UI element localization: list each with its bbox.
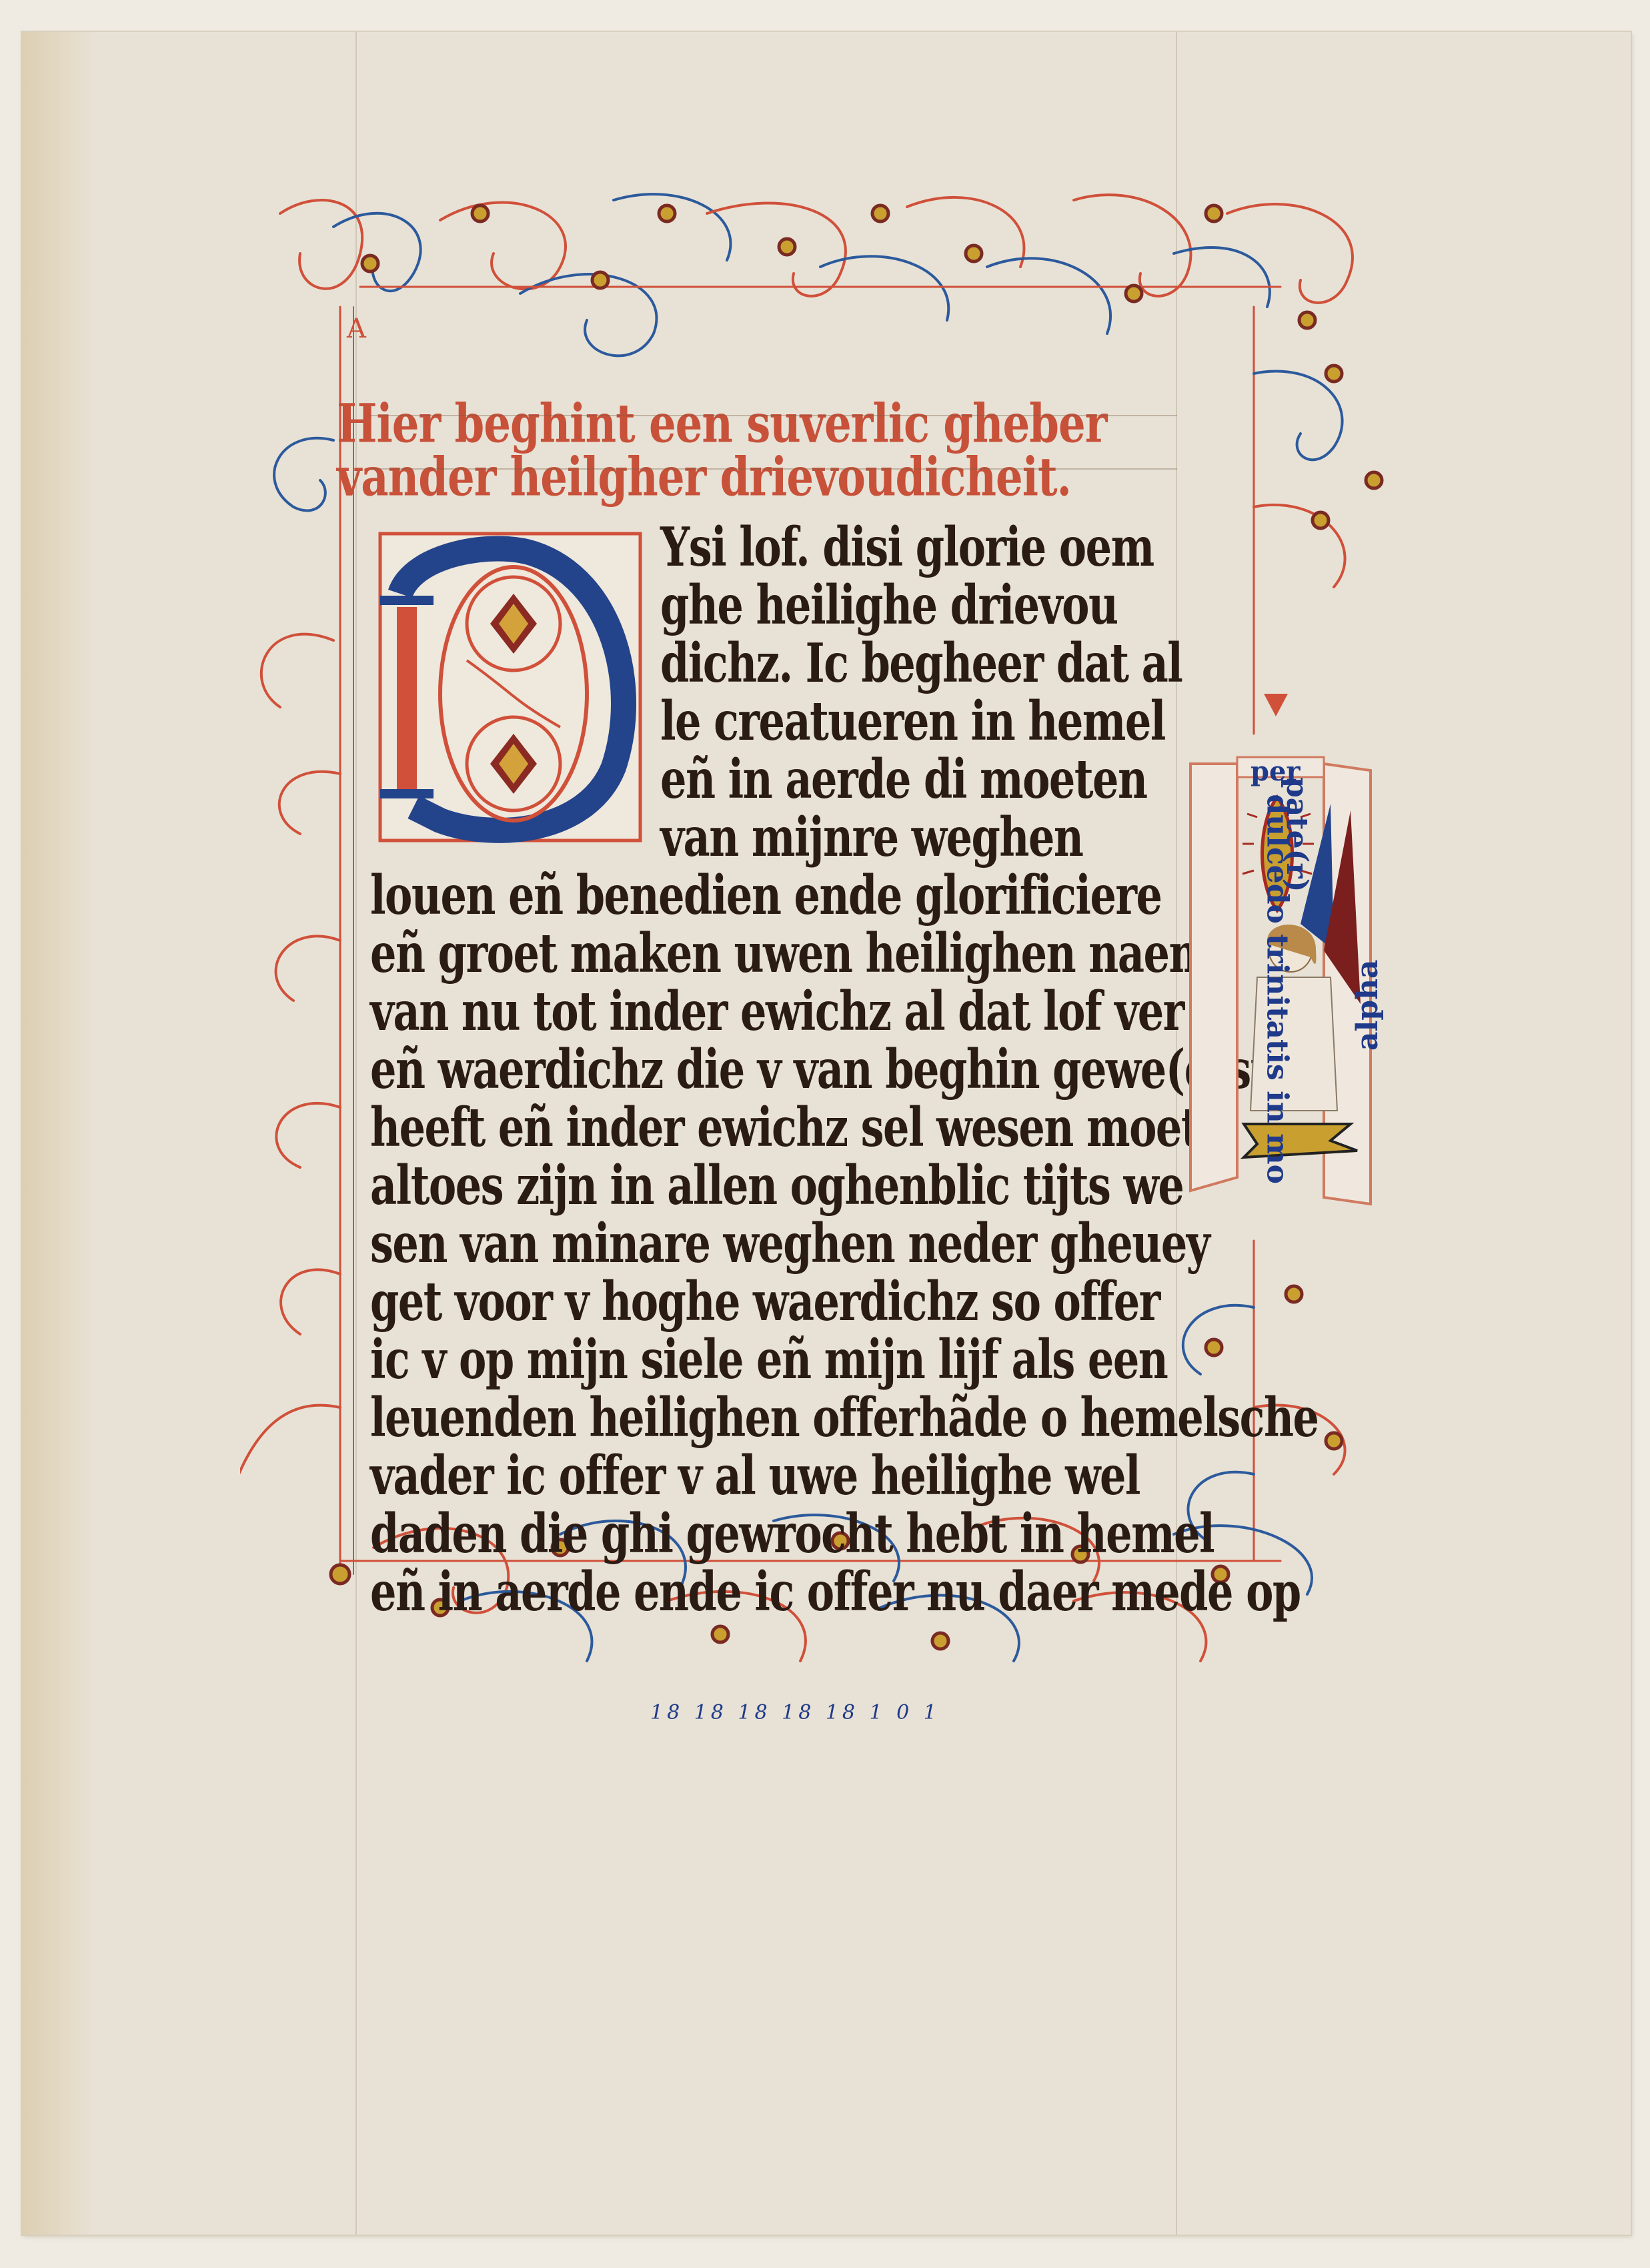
- body-line: eñ groet maken uwen heilighen naem: [370, 923, 1212, 984]
- body-line: daden die ghi gewrocht hebt in hemel: [370, 1504, 1214, 1564]
- body-line: get voor v hoghe waerdichz so offer: [370, 1271, 1160, 1332]
- illuminated-initial-d: [360, 527, 647, 847]
- body-line: leuenden heilighen offerhãde o hemelsche: [370, 1387, 1318, 1448]
- banderole-right-lower-text: alpha: [1351, 960, 1385, 1051]
- body-line: sen van minare weghen neder gheuey: [370, 1213, 1209, 1274]
- body-line: altoes zijn in allen oghenblic tijts we: [370, 1155, 1183, 1216]
- body-line: vader ic offer v al uwe heilighe wel: [370, 1446, 1140, 1506]
- text-ruling: [370, 415, 1177, 416]
- body-line: heeft eñ inder ewichz sel wesen moet v: [370, 1097, 1236, 1158]
- body-line: eñ in aerde di moeten: [660, 749, 1147, 810]
- initial-d-drawing: [360, 527, 647, 847]
- body-line: louen eñ benedien ende glorificiere: [370, 865, 1162, 926]
- body-line: eñ in aerde ende ic offer nu daer mede o…: [370, 1562, 1301, 1622]
- body-line: ic v op mijn siele eñ mijn lijf als een: [370, 1329, 1167, 1390]
- marginal-letter: A: [347, 314, 366, 344]
- banderole-right-upper-text: pate(r): [1280, 777, 1314, 892]
- drop-ornament-icon: [1264, 694, 1288, 716]
- body-line: van nu tot inder ewichz al dat lof ver: [370, 981, 1184, 1042]
- text-ruling: [370, 468, 1177, 470]
- body-line: Ysi lof. disi glorie oem: [660, 517, 1154, 578]
- body-line: dichz. Ic begheer dat al: [660, 633, 1182, 694]
- body-line: le creatueren in hemel: [660, 691, 1165, 752]
- bottom-numerals: 18 18 18 18 18 1 0 1: [650, 1701, 940, 1724]
- rubric-line-2: vander heilgher drievoudicheit.: [337, 444, 1184, 511]
- left-edge-stain: [22, 32, 95, 2235]
- body-line: van mijnre weghen: [660, 807, 1083, 868]
- body-line: ghe heilighe drievou: [660, 575, 1118, 636]
- body-line: eñ waerdichz die v van beghin gewe(e)st: [370, 1039, 1269, 1100]
- angel-banderole: per dulcedo trinitatis in mo pate(r) alp…: [1184, 750, 1377, 1211]
